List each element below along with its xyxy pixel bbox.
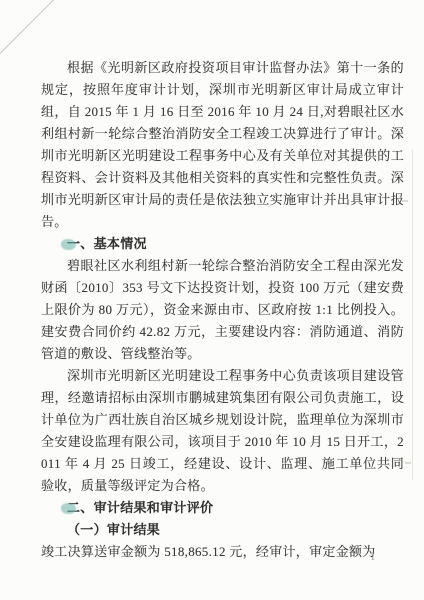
section-heading-basic-info-text: 一、基本情况 bbox=[67, 236, 147, 251]
scan-edge-shadow bbox=[412, 150, 413, 480]
section-heading-audit-results: 二、审计结果和审计评价 bbox=[41, 497, 404, 519]
subsection-heading-audit-result-text: （一）审计结果 bbox=[67, 522, 160, 537]
subsection-heading-audit-result: （一）审计结果 bbox=[41, 519, 404, 541]
teal-highlight-mark-icon bbox=[61, 239, 76, 250]
teal-highlight-mark-icon bbox=[61, 503, 76, 514]
page-number: 1 bbox=[371, 552, 376, 562]
scanned-document-page: 根据《光明新区政府投资项目审计监督办法》第十一条的规定，按照年度审计计划，深圳市… bbox=[0, 0, 424, 600]
scan-crease-line bbox=[0, 0, 60, 55]
paragraph-audit-basis: 根据《光明新区政府投资项目审计监督办法》第十一条的规定，按照年度审计计划，深圳市… bbox=[41, 57, 404, 233]
paragraph-audit-amount: 竣工决算送审金额为 518,865.12 元，经审计，审定金额为 bbox=[41, 541, 404, 563]
paragraph-construction-parties: 深圳市光明新区光明建设工程事务中心负责该项目建设管理，经邀请招标由深圳市鹏城建筑… bbox=[41, 365, 404, 497]
scan-speck bbox=[405, 462, 411, 464]
document-body: 根据《光明新区政府投资项目审计监督办法》第十一条的规定，按照年度审计计划，深圳市… bbox=[41, 57, 404, 563]
section-heading-basic-info: 一、基本情况 bbox=[41, 233, 404, 255]
paragraph-project-investment: 碧眼社区水利组村新一轮综合整治消防安全工程由深光发财函〔2010〕353 号文下… bbox=[41, 255, 404, 365]
section-heading-audit-results-text: 二、审计结果和审计评价 bbox=[67, 500, 213, 515]
